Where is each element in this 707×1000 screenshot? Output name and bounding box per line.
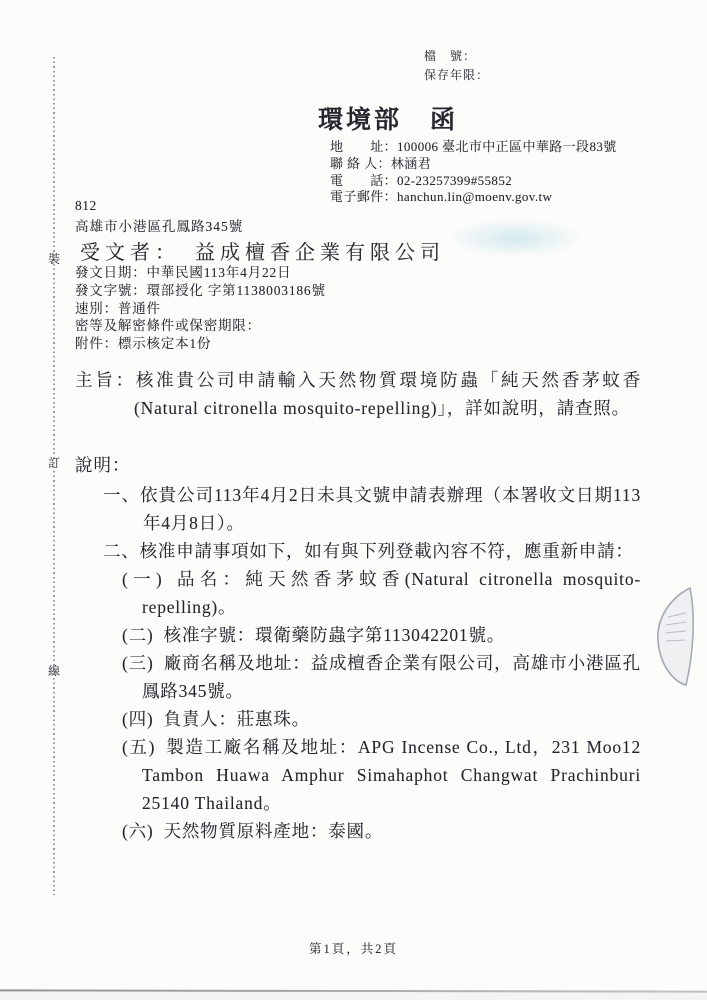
list-item-2-marker: 二、 <box>103 541 140 561</box>
footer-page-info: 第1頁，共2頁 <box>0 939 707 957</box>
scanned-official-letter-page: 裝 訂 線 檔 號： 保存年限： 環境部 函 地 址：100006 臺北市中正區… <box>0 0 707 1000</box>
file-number-label: 檔 號： <box>424 47 489 66</box>
sub-item-1: (一)品名：純天然香茅蚊香(Natural citronella mosquit… <box>122 565 641 621</box>
sub-item-5: (五)製造工廠名稱及地址：APG Incense Co., Ltd，231 Mo… <box>122 733 641 817</box>
scanner-bottom-margin <box>0 992 707 1000</box>
explanation-label: 說明： <box>75 452 131 477</box>
sub-item-6: (六)天然物質原料產地：泰國。 <box>122 817 641 845</box>
list-item-1-marker: 一、 <box>103 485 140 505</box>
sub-item-2: (二)核准字號：環衛藥防蟲字第113042201號。 <box>122 621 641 649</box>
subject-paragraph: 主旨：核准貴公司申請輸入天然物質環境防蟲「純天然香茅蚊香(Natural cit… <box>75 366 641 422</box>
sub-item-5-text: 製造工廠名稱及地址：APG Incense Co., Ltd，231 Moo12… <box>142 737 641 813</box>
agency-address: 地 址：100006 臺北市中正區中華路一段83號 <box>330 139 617 156</box>
file-reference-block: 檔 號： 保存年限： <box>424 47 489 85</box>
binding-dotted-line <box>53 57 55 895</box>
sub-item-6-marker: (六) <box>122 821 154 841</box>
list-item-1-text: 依貴公司113年4月2日未具文號申請表辦理（本署收文日期113年4月8日）。 <box>140 485 641 533</box>
sub-item-4: (四)負責人：莊惠珠。 <box>122 705 641 733</box>
agency-contact-person: 聯 絡 人：林涵君 <box>330 156 617 173</box>
sub-item-3: (三)廠商名稱及地址：益成檀香企業有限公司，高雄市小港區孔鳳路345號。 <box>122 649 641 705</box>
retention-period-label: 保存年限： <box>424 66 489 85</box>
binding-mark-zhuang: 裝 <box>45 250 63 267</box>
partial-stamp-artifact <box>650 585 702 690</box>
list-item-2: 二、核准申請事項如下，如有與下列登載內容不符，應重新申請： <box>103 537 641 565</box>
list-item-1: 一、依貴公司113年4月2日未具文號申請表辦理（本署收文日期113年4月8日）。 <box>103 481 641 537</box>
issue-date-line: 發文日期：中華民國113年4月22日 <box>75 264 326 282</box>
issue-number-line: 發文字號：環部授化 字第1138003186號 <box>75 282 326 300</box>
recipient-line: 受文者： 益成檀香企業有限公司 <box>80 236 445 265</box>
attachment-line: 附件：標示核定本1份 <box>75 335 326 353</box>
priority-line: 速別：普通件 <box>75 300 326 318</box>
agency-email: 電子郵件：hanchun.lin@moenv.gov.tw <box>330 189 617 206</box>
list-item-2-text: 核准申請事項如下，如有與下列登載內容不符，應重新申請： <box>140 541 634 561</box>
recipient-street-address: 高雄市小港區孔鳳路345號 <box>75 215 243 235</box>
sub-item-2-text: 核准字號：環衛藥防蟲字第113042201號。 <box>164 625 506 645</box>
sub-item-4-text: 負責人：莊惠珠。 <box>164 709 310 729</box>
sub-item-3-text: 廠商名稱及地址：益成檀香企業有限公司，高雄市小港區孔鳳路345號。 <box>142 653 641 701</box>
subject-text: 核准貴公司申請輸入天然物質環境防蟲「純天然香茅蚊香(Natural citron… <box>134 370 641 418</box>
letter-title: 環境部 函 <box>318 100 458 136</box>
explanation-list: 一、依貴公司113年4月2日未具文號申請表辦理（本署收文日期113年4月8日）。… <box>103 481 641 845</box>
sub-item-3-marker: (三) <box>122 653 154 673</box>
agency-contact-block: 地 址：100006 臺北市中正區中華路一段83號 聯 絡 人：林涵君 電 話：… <box>330 139 617 206</box>
agency-phone: 電 話：02-23257399#55852 <box>330 173 617 190</box>
sub-item-4-marker: (四) <box>122 709 154 729</box>
subject-label: 主旨： <box>75 370 136 390</box>
recipient-zip: 812 <box>75 198 97 214</box>
security-classification-line: 密等及解密條件或保密期限： <box>75 317 326 335</box>
sub-item-6-text: 天然物質原料產地：泰國。 <box>164 821 384 841</box>
sub-item-2-marker: (二) <box>122 625 154 645</box>
sub-item-1-text: 品名：純天然香茅蚊香(Natural citronella mosquito-r… <box>142 569 641 617</box>
document-meta-block: 發文日期：中華民國113年4月22日 發文字號：環部授化 字第113800318… <box>75 264 326 353</box>
binding-mark-xian: 線 <box>45 662 63 679</box>
faded-stamp-smudge <box>450 220 580 256</box>
binding-mark-ding: 訂 <box>45 454 63 471</box>
sub-item-1-marker: (一) <box>122 569 163 589</box>
sub-item-5-marker: (五) <box>122 737 155 757</box>
